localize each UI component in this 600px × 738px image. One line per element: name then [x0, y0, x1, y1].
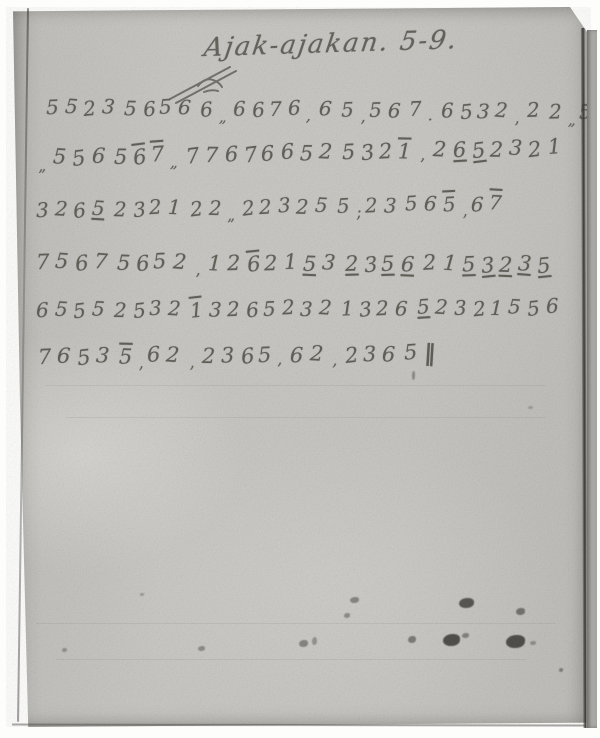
ink-stain [516, 608, 525, 615]
notation-token: 2 [376, 296, 390, 320]
notation-token: 1 [189, 298, 204, 323]
scanned-manuscript-page: Ajak-ajakan. 5-9. 552356566„6676,65,567.… [0, 0, 600, 738]
notation-token: 6 [280, 139, 295, 164]
notation-token: 6 [387, 98, 401, 123]
notation-token: 7 [269, 97, 282, 121]
notation-token: 2 [201, 344, 215, 368]
notation-token: 3 [208, 297, 221, 321]
notation-token: 1 [208, 251, 222, 276]
notation-token: 5 [369, 98, 382, 122]
notation-token: 6 [132, 144, 148, 169]
notation-token: 6 [72, 198, 87, 223]
underlying-page-edge [587, 30, 597, 728]
notation-token: 3 [363, 252, 379, 277]
paper-rule-line [56, 659, 526, 660]
notation-token: 2 [433, 137, 448, 162]
notation-token: 5 [459, 99, 474, 124]
notation-token: 5 [302, 252, 316, 277]
notation-token: 2 [318, 295, 332, 320]
paper-rule-line [46, 385, 546, 386]
paper-rule-line [66, 417, 546, 418]
notation-token: 6 [395, 296, 408, 320]
notation-token: 2 [114, 298, 127, 322]
notation-token: 2 [189, 196, 204, 221]
notation-token: 2 [344, 343, 360, 368]
notation-token: 3 [476, 99, 490, 124]
notation-token: 1 [547, 134, 562, 159]
notation-token: 5 [262, 297, 276, 321]
notation-token: 5 [72, 298, 87, 323]
notation-token: 3 [508, 136, 523, 161]
notation-token: 2 [114, 197, 127, 221]
notation-token: 5 [116, 251, 130, 276]
ink-stain [408, 636, 416, 643]
notation-token: 5 [536, 253, 552, 278]
notation-token: 6 [452, 138, 467, 163]
notation-token: , [420, 145, 426, 164]
notation-token: 5 [64, 94, 79, 119]
notation-token: 3 [358, 297, 373, 322]
notation-token: ; [355, 202, 363, 222]
notation-token: 6 [233, 97, 246, 121]
notation-token: 2 [241, 195, 256, 220]
notation-token: 3 [383, 193, 396, 217]
notation-token: 1 [442, 251, 457, 276]
notation-token: 1 [283, 250, 297, 275]
notation-token: 5 [46, 95, 59, 119]
notation-token: 3 [300, 297, 313, 321]
notation-token: 2 [527, 137, 543, 162]
notation-token: , [188, 352, 195, 371]
notation-token: 3 [277, 193, 291, 218]
notation-token: 6 [177, 95, 192, 120]
notation-row-6: 76535,62,2365,62,2365‖ [38, 339, 583, 372]
paper-rule-line [36, 623, 556, 624]
ink-stain [459, 598, 474, 608]
notation-token: 6 [290, 343, 304, 367]
notation-token: 5 [300, 141, 314, 165]
notation-token: 5 [314, 193, 328, 218]
ink-stain [350, 597, 359, 603]
notation-token: 5 [123, 96, 137, 121]
notation-token: 7 [243, 142, 259, 167]
notation-token: „ [38, 157, 46, 175]
notation-token: 2 [166, 342, 181, 367]
notation-token: 5 [54, 296, 68, 321]
notation-token: 2 [172, 249, 187, 274]
page-title: Ajak-ajakan. 5-9. [202, 21, 596, 63]
notation-token: 2 [527, 97, 541, 122]
notation-token: 2 [208, 196, 221, 220]
notation-token: , [194, 260, 201, 279]
notation-token: 5 [404, 340, 419, 365]
notation-token: 6 [142, 96, 157, 121]
notation-token: 6 [135, 251, 151, 276]
notation-token: 5 [153, 249, 167, 274]
notation-token: 2 [227, 251, 241, 275]
notation-token: , [306, 106, 312, 125]
notation-token: „ [227, 206, 235, 224]
notation-token: 2 [549, 99, 562, 123]
notation-token: 3 [101, 94, 116, 119]
notation-token: 2 [167, 296, 181, 321]
notation-token: 2 [495, 98, 510, 123]
notation-token: , [277, 349, 283, 368]
notation-token: 2 [472, 296, 487, 321]
notebook-page: Ajak-ajakan. 5-9. 552356566„6676,65,567.… [6, 7, 591, 727]
notation-token: 1 [398, 139, 412, 163]
notation-token: 6 [319, 96, 334, 121]
notation-token: 6 [224, 142, 239, 167]
notation-token: 1 [340, 296, 354, 320]
ink-stain [530, 641, 536, 645]
notation-token: 2 [423, 250, 437, 275]
ink-stain [140, 593, 144, 596]
notation-token: 7 [489, 190, 503, 215]
ink-stain [299, 640, 308, 647]
notation-token: 6 [545, 293, 559, 318]
notation-row-3: 3265232122„223255;23565,67 [36, 190, 583, 227]
notation-token: 5 [526, 296, 541, 321]
notation-token: 5 [471, 138, 487, 163]
notation-token: 2 [435, 294, 449, 319]
ink-stain [506, 635, 525, 648]
notation-token: 6 [251, 97, 266, 122]
notation-row-1: 552356566„6676,65,567.6532,22„55 [46, 95, 583, 129]
notation-token: 6 [74, 251, 90, 276]
notation-token: 5 [508, 294, 522, 319]
notation-token: 6 [146, 342, 161, 367]
notation-token: „ [218, 108, 226, 126]
notation-token: 3 [95, 343, 110, 368]
notation-token: 5 [118, 345, 132, 369]
notation-token: , [461, 201, 468, 220]
notation-token: 1 [489, 296, 502, 320]
notation-token: , [332, 350, 338, 369]
notation-token: 7 [184, 143, 200, 168]
notation-token: „ [567, 111, 575, 129]
notation-token: 5 [92, 296, 106, 321]
notation-token: 7 [93, 249, 108, 274]
ink-stain [312, 637, 317, 645]
notation-token: 6 [261, 141, 276, 166]
notation-token: 6 [400, 252, 414, 277]
notation-token: . [427, 105, 434, 124]
notation-token: 6 [246, 252, 262, 277]
ink-stain [62, 648, 67, 652]
notation-token: , [513, 108, 520, 127]
notation-token: 5 [341, 97, 354, 121]
ink-stain [462, 633, 469, 638]
notation-token: 1 [167, 195, 181, 220]
notation-token: 6 [470, 192, 483, 216]
notation-token: 5 [416, 294, 430, 319]
ink-stain [443, 634, 460, 646]
notation-token: 6 [57, 343, 72, 368]
notation-token: 5 [55, 249, 70, 274]
notation-token: 2 [258, 195, 272, 220]
notation-token: 3 [322, 250, 337, 275]
notation-token: 3 [360, 140, 376, 165]
notation-token: 2 [344, 251, 358, 275]
notation-token: 2 [319, 139, 334, 164]
notation-token: 2 [498, 253, 512, 278]
ink-stain [344, 613, 350, 618]
notation-token: 7 [36, 250, 50, 274]
notation-token: 5 [442, 192, 456, 217]
notation-token: 6 [199, 97, 214, 122]
notation-token: 6 [91, 144, 106, 169]
notation-token: 5 [52, 144, 67, 169]
notation-token: 7 [150, 142, 165, 167]
notation-token: , [137, 353, 144, 372]
notation-token: 5 [462, 252, 476, 276]
ink-stain [198, 646, 205, 651]
notation-token: 2 [296, 195, 309, 219]
notation-token: 6 [287, 95, 301, 120]
notation-token: 2 [227, 297, 241, 321]
notation-token: 2 [489, 138, 503, 162]
notation-token: 2 [264, 251, 278, 275]
notation-token: 2 [281, 295, 295, 320]
notation-token: 7 [205, 143, 219, 167]
notation-token: 3 [221, 343, 235, 368]
notation-token: 3 [517, 251, 532, 276]
notation-token: 5 [381, 252, 395, 276]
notation-token: 2 [378, 139, 393, 164]
notation-token: 5 [76, 345, 92, 370]
notation-token: 7 [37, 345, 51, 370]
notation-row-4: 75675652,126215323562153235 [36, 250, 583, 280]
notation-token: ‖ [423, 339, 436, 367]
notation-token: 2 [54, 196, 68, 221]
notation-token: 5 [336, 193, 350, 218]
notation-token: 5 [404, 191, 418, 216]
notation-token: 6 [239, 343, 255, 368]
notation-token: 3 [454, 296, 468, 320]
notation-token: 5 [341, 140, 356, 165]
notation-row-5: 6555253213265232132652321556 [36, 295, 583, 322]
notation-token: 3 [35, 198, 49, 223]
notation-token: 6 [36, 298, 50, 322]
notation-token: „ [170, 153, 178, 171]
notation-token: 3 [362, 342, 376, 367]
notation-token: 6 [245, 297, 260, 322]
notation-token: 5 [132, 298, 147, 323]
notation-token: 3 [149, 296, 163, 321]
notation-token: 5 [71, 145, 87, 170]
notation-row-2: „556567„776766525321,2652321 [38, 136, 583, 175]
notation-token: 6 [423, 191, 437, 216]
notation-token: 2 [309, 341, 324, 366]
notation-token: 6 [441, 98, 454, 122]
notation-token: 6 [382, 342, 396, 366]
ink-stain [528, 406, 533, 409]
notation-token: 2 [148, 194, 162, 219]
notation-token: 5 [114, 145, 128, 169]
ink-stain [412, 371, 415, 380]
notation-token: , [359, 107, 366, 126]
notation-token: 2 [82, 96, 97, 121]
ink-stain [559, 668, 563, 672]
notation-token: 2 [364, 193, 378, 218]
notation-token: 3 [480, 253, 496, 278]
notation-token: 3 [131, 197, 146, 222]
notation-token: 7 [409, 96, 423, 121]
notation-token: 5 [92, 196, 106, 221]
notation-token: 5 [257, 343, 271, 368]
notation-token: 5 [159, 94, 173, 119]
